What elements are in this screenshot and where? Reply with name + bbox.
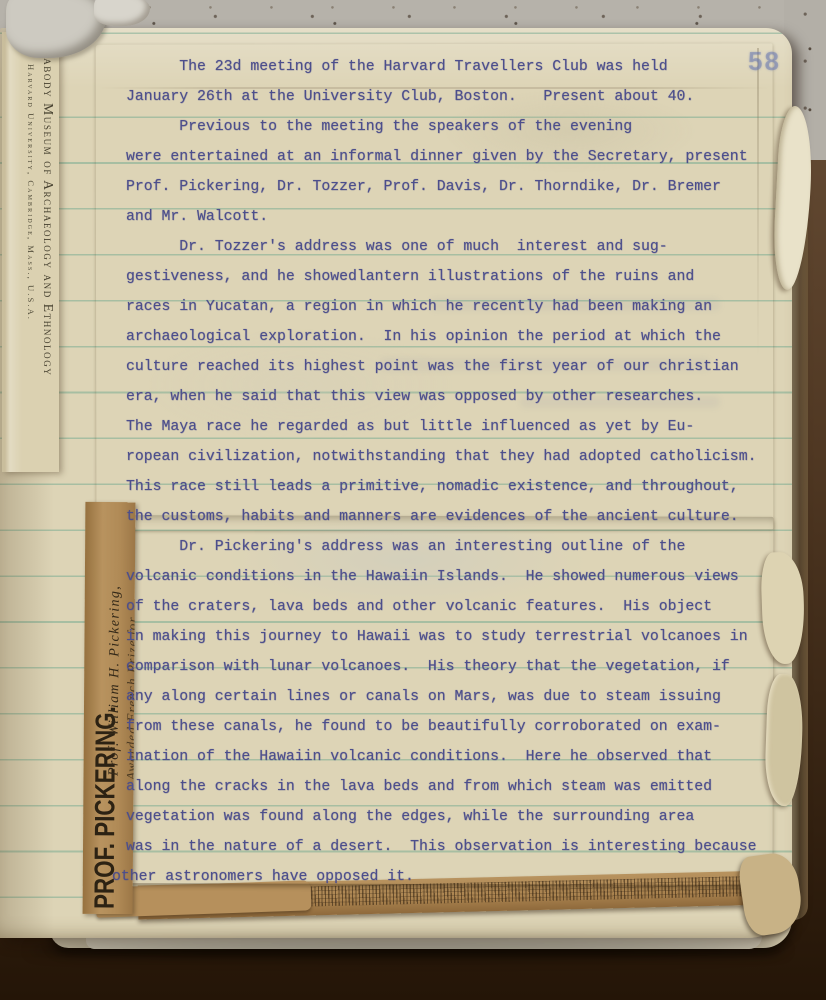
typed-line: of the craters, lava beds and other volc… bbox=[126, 592, 786, 622]
typed-line: and Mr. Walcott. bbox=[126, 202, 786, 232]
typed-line: Dr. Tozzer's address was one of much int… bbox=[126, 232, 786, 262]
typed-meeting-minutes: The 23d meeting of the Harvard Traveller… bbox=[126, 52, 786, 892]
typed-line: The Maya race he regarded as but little … bbox=[126, 412, 786, 442]
spine-label-title: Peabody Museum of Archaeology and Ethnol… bbox=[40, 42, 56, 470]
typed-line: archaeological exploration. In his opini… bbox=[126, 322, 786, 352]
typed-line: other astronomers have opposed it. bbox=[112, 862, 786, 892]
typed-line: culture reached its highest point was th… bbox=[126, 352, 786, 382]
typed-line: the customs, habits and manners are evid… bbox=[126, 502, 786, 532]
typed-line: gestiveness, and he showedlantern illust… bbox=[126, 262, 786, 292]
typed-line: ropean civilization, notwithstanding tha… bbox=[126, 442, 786, 472]
spine-label-rotated-text: Peabody Museum of Archaeology and Ethnol… bbox=[6, 42, 56, 470]
typed-line: any along certain lines or canals on Mar… bbox=[126, 682, 786, 712]
typed-line: Prof. Pickering, Dr. Tozzer, Prof. Davis… bbox=[126, 172, 786, 202]
peabody-museum-spine-label: Peabody Museum of Archaeology and Ethnol… bbox=[2, 32, 59, 472]
typed-line: from these canals, he found to be beauti… bbox=[126, 712, 786, 742]
typed-line: January 26th at the University Club, Bos… bbox=[126, 82, 786, 112]
clipping-byline: Prof. William H. Pickering, bbox=[107, 585, 124, 776]
typed-line: along the cracks in the lava beds and fr… bbox=[126, 772, 786, 802]
page-bottom-shadow bbox=[30, 942, 786, 958]
typed-line: This race still leads a primitive, nomad… bbox=[126, 472, 786, 502]
typed-line: Dr. Pickering's address was an interesti… bbox=[126, 532, 786, 562]
typed-line: comparison with lunar volcanoes. His the… bbox=[126, 652, 786, 682]
typed-line: were entertained at an informal dinner g… bbox=[126, 142, 786, 172]
typed-line: ination of the Hawaiin volcanic conditio… bbox=[126, 742, 786, 772]
typed-line: vegetation was found along the edges, wh… bbox=[126, 802, 786, 832]
typed-line: was in the nature of a desert. This obse… bbox=[126, 832, 786, 862]
typed-line: Previous to the meeting the speakers of … bbox=[126, 112, 786, 142]
typed-line: races in Yucatan, a region in which he r… bbox=[126, 292, 786, 322]
typed-line: era, when he said that this view was opp… bbox=[126, 382, 786, 412]
typed-line: The 23d meeting of the Harvard Traveller… bbox=[126, 52, 786, 82]
spine-label-subtitle: Harvard University, Cambridge, Mass., U.… bbox=[26, 42, 36, 470]
typed-line: in making this journey to Hawaii was to … bbox=[126, 622, 786, 652]
page-number: 58 bbox=[748, 46, 781, 77]
scrapbook-scan: Peabody Museum of Archaeology and Ethnol… bbox=[0, 0, 826, 1000]
typed-line: volcanic conditions in the Hawaiin Islan… bbox=[126, 562, 786, 592]
